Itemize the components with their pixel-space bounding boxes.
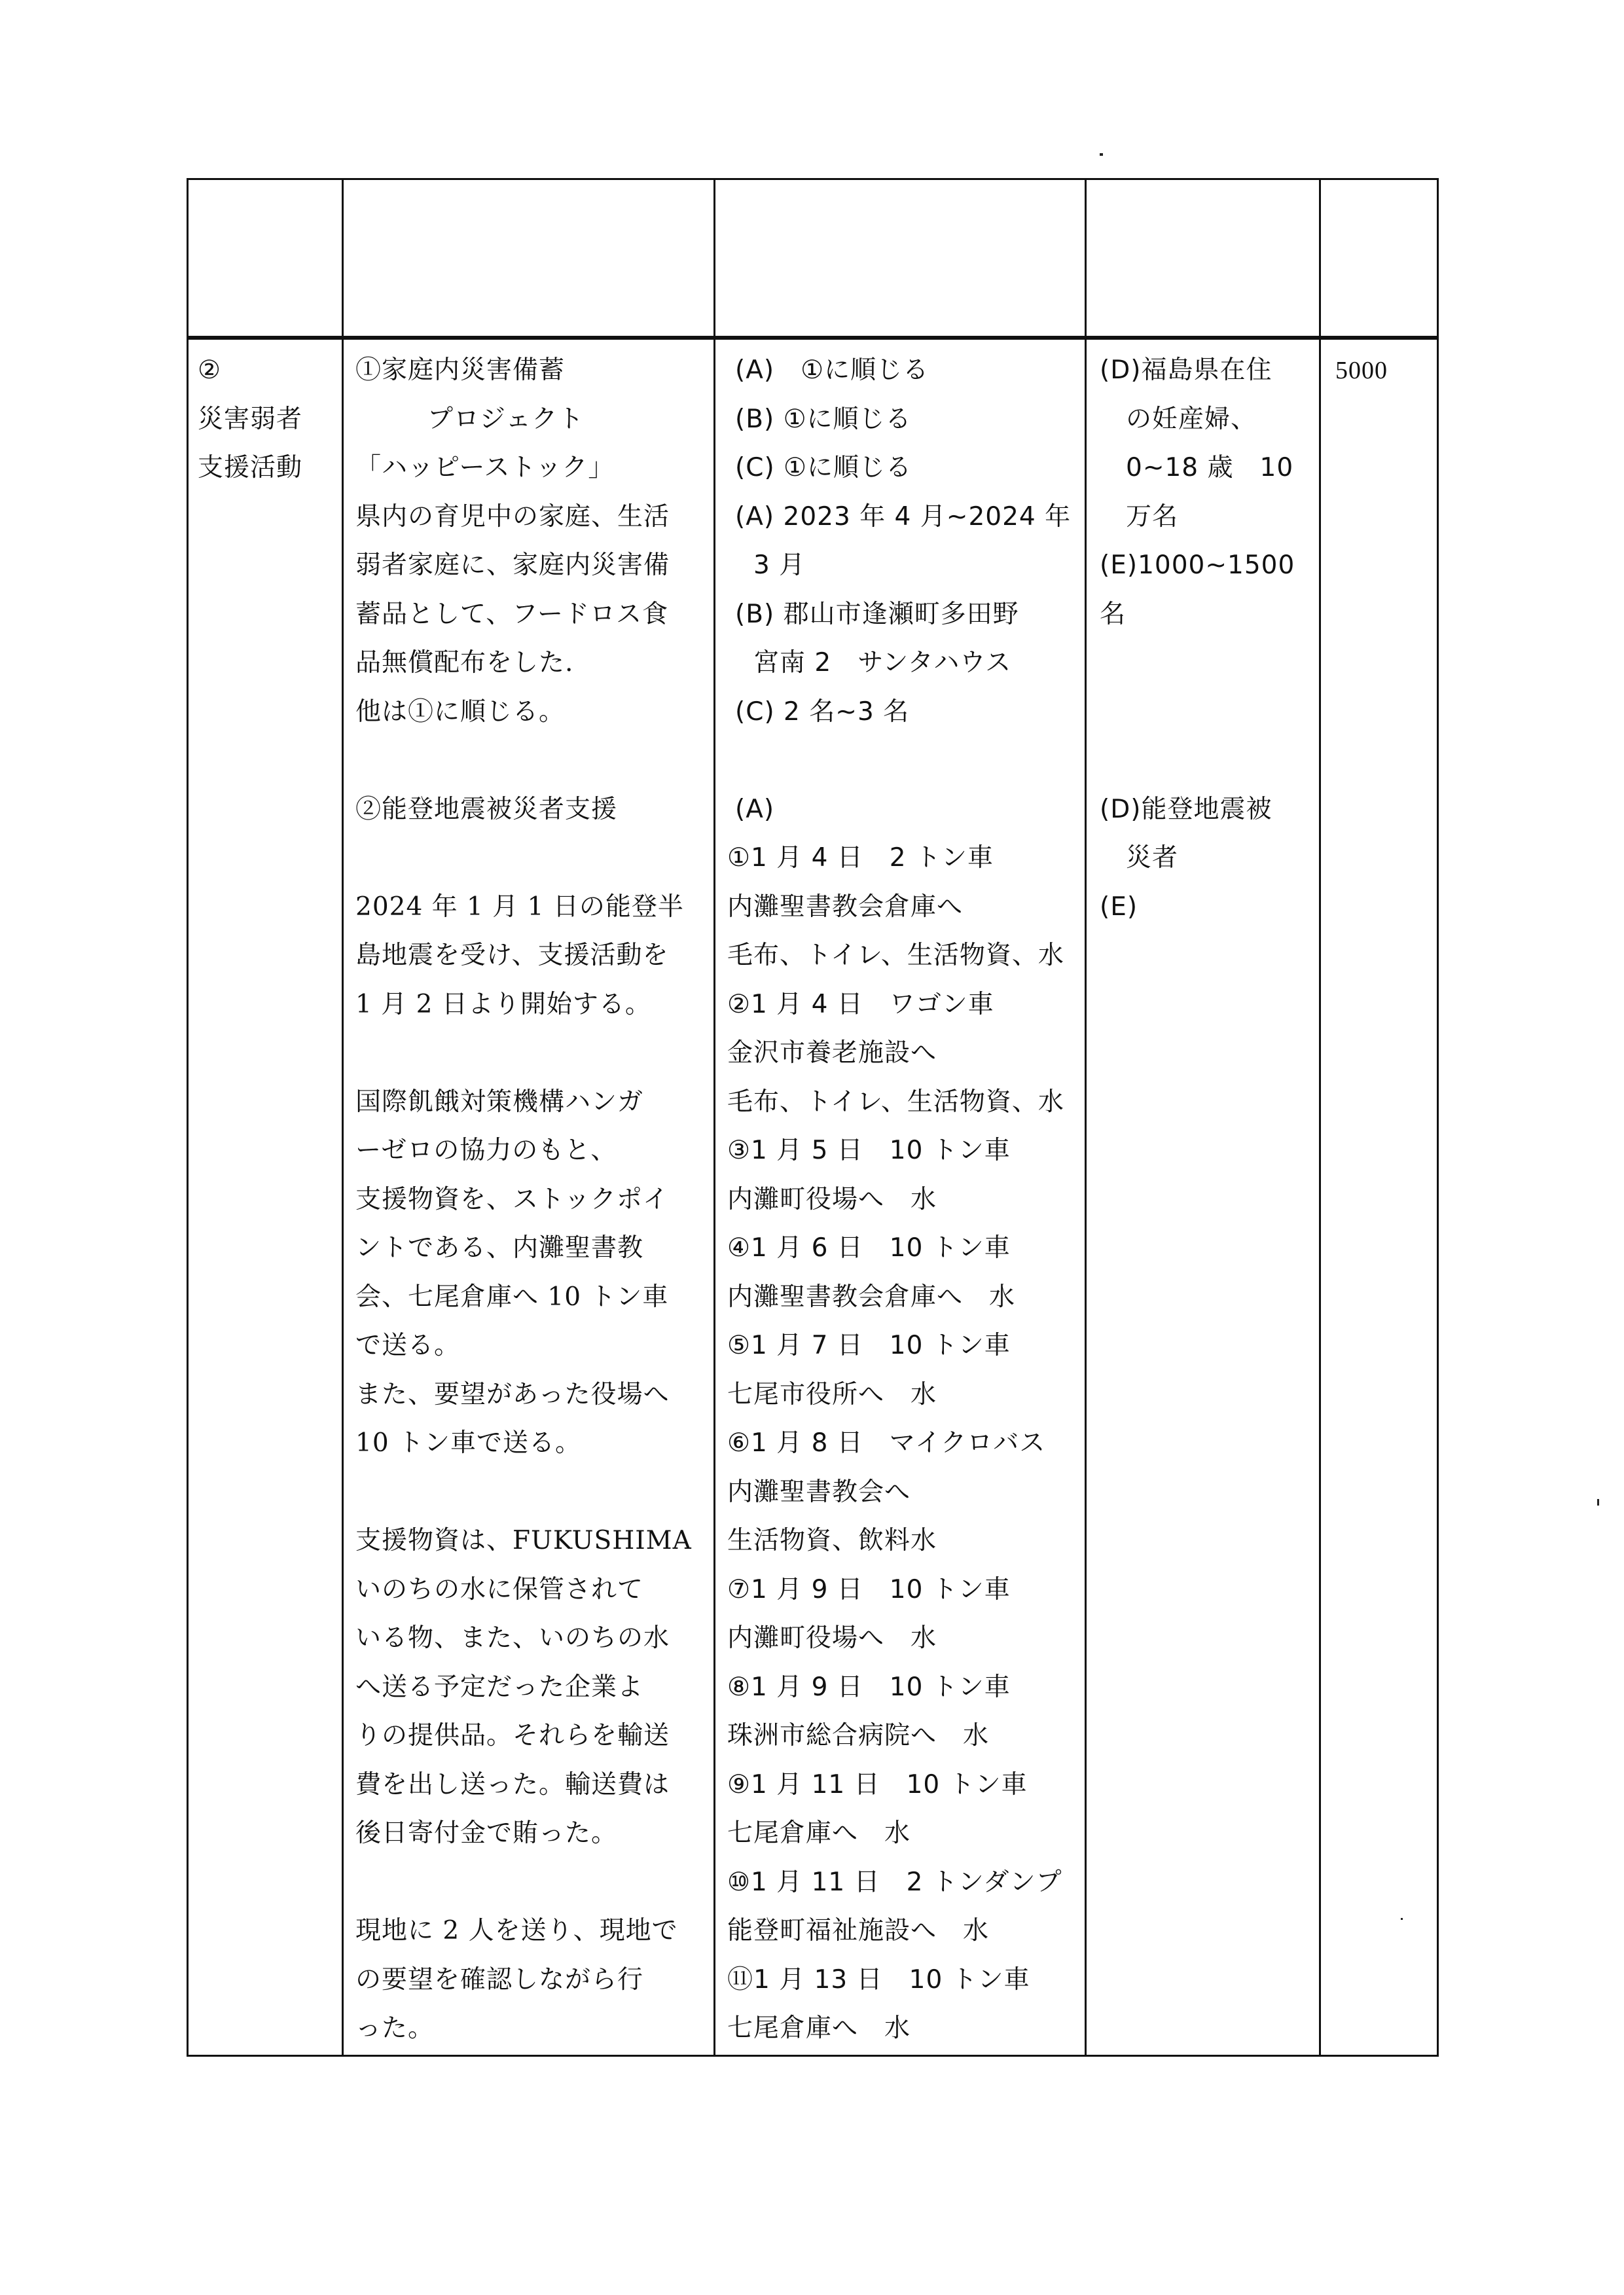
item2-para1-line: 島地震を受け、支援活動を xyxy=(355,931,713,981)
shipment-goods: 毛布、トイレ、生活物資、水 xyxy=(727,931,1085,981)
detail-line: (C) ①に順じる xyxy=(727,444,1085,493)
target-line: の妊産婦、 xyxy=(1100,395,1319,444)
detail-line: (B) 郡山市逢瀬町多田野 xyxy=(727,590,1085,640)
item2-para1-line: 2024 年 1 月 1 日の能登半 xyxy=(355,883,713,932)
shipment-date-vehicle: ②1 月 4 日 ワゴン車 xyxy=(727,981,1085,1030)
activity-description-cell: ①家庭内災害備蓄 プロジェクト 「ハッピーストック」 県内の育児中の家庭、生活 … xyxy=(343,338,715,2056)
shipment-date-vehicle: ⑨1 月 11 日 10 トン車 xyxy=(727,1761,1085,1810)
shipment-date-vehicle: ⑥1 月 8 日 マイクロバス xyxy=(727,1419,1085,1468)
item2-para3-line: 支援物資は、FUKUSHIMA xyxy=(355,1517,713,1566)
header-cell-1 xyxy=(188,179,343,338)
item2-para2-line: ーゼロの協力のもと、 xyxy=(355,1127,713,1176)
target-line: 名 xyxy=(1100,590,1319,640)
item1-title-line2: プロジェクト xyxy=(355,395,713,444)
item2-para2-line: また、要望があった役場へ xyxy=(355,1371,713,1420)
shipment-goods: 生活物資、飲料水 xyxy=(727,1517,1085,1566)
item2-label: (A) xyxy=(727,786,1085,835)
scan-speck xyxy=(1597,1499,1599,1506)
spacer xyxy=(727,736,1085,786)
item2-para2-line: で送る。 xyxy=(355,1322,713,1371)
item2-para4-line: った。 xyxy=(355,2004,713,2053)
item2-para3-line: 費を出し送った。輸送費は xyxy=(355,1761,713,1810)
item2-para3-line: いのちの水に保管されて xyxy=(355,1566,713,1615)
item2-para3-line: りの提供品。それらを輸送 xyxy=(355,1712,713,1761)
target-line: (D)福島県在住 xyxy=(1100,346,1319,395)
shipment-destination: 内灘聖書教会倉庫へ 水 xyxy=(727,1273,1085,1322)
spacer xyxy=(355,1468,713,1517)
item1-title: ①家庭内災害備蓄 xyxy=(355,346,713,395)
category-title-line: 災害弱者 xyxy=(198,395,342,444)
item1-body-line: 弱者家庭に、家庭内災害備 xyxy=(355,541,713,590)
header-cell-4 xyxy=(1086,179,1320,338)
target-line: 災者 xyxy=(1100,834,1319,883)
shipment-destination: 珠洲市総合病院へ 水 xyxy=(727,1712,1085,1761)
amount-value: 5000 xyxy=(1335,346,1437,395)
item1-body-line: 他は①に順じる。 xyxy=(355,688,713,737)
shipment-date-vehicle: ⑦1 月 9 日 10 トン車 xyxy=(727,1566,1085,1615)
shipment-date-vehicle: ⑪1 月 13 日 10 トン車 xyxy=(727,1956,1085,2005)
item1-body-line: 蓄品として、フードロス食 xyxy=(355,590,713,640)
shipment-destination: 能登町福祉施設へ 水 xyxy=(727,1907,1085,1956)
detail-line: (B) ①に順じる xyxy=(727,395,1085,444)
shipment-date-vehicle: ⑩1 月 11 日 2 トンダンプ xyxy=(727,1858,1085,1907)
shipment-destination: 金沢市養老施設へ xyxy=(727,1029,1085,1078)
item2-para4-line: 現地に 2 人を送り、現地で xyxy=(355,1907,713,1956)
header-cell-2 xyxy=(343,179,715,338)
detail-line: 宮南 2 サンタハウス xyxy=(727,639,1085,688)
shipment-destination: 内灘町役場へ 水 xyxy=(727,1614,1085,1663)
detail-line: (A) ①に順じる xyxy=(727,346,1085,395)
item2-para2-line: 10 トン車で送る。 xyxy=(355,1419,713,1468)
detail-line: 3 月 xyxy=(727,541,1085,590)
category-number: ② xyxy=(198,346,342,395)
spacer xyxy=(355,834,713,883)
target-line: (E) xyxy=(1100,883,1319,932)
item2-para2-line: 支援物資を、ストックポイ xyxy=(355,1176,713,1225)
item2-para4-line: の要望を確認しながら行 xyxy=(355,1956,713,2005)
shipment-date-vehicle: ⑧1 月 9 日 10 トン車 xyxy=(727,1663,1085,1712)
detail-line: (A) 2023 年 4 月~2024 年 xyxy=(727,493,1085,542)
header-cell-5 xyxy=(1320,179,1438,338)
spacer xyxy=(1100,639,1319,688)
scan-speck xyxy=(1401,1918,1403,1920)
targets-cell: (D)福島県在住 の妊産婦、 0~18 歳 10 万名 (E)1000~1500… xyxy=(1086,338,1320,2056)
shipment-destination: 七尾倉庫へ 水 xyxy=(727,2004,1085,2053)
item1-project-name: 「ハッピーストック」 xyxy=(355,444,713,493)
spacer xyxy=(355,1858,713,1907)
item2-para3-line: いる物、また、いのちの水 xyxy=(355,1614,713,1663)
item2-para3-line: 後日寄付金で賄った。 xyxy=(355,1809,713,1858)
header-cell-3 xyxy=(715,179,1086,338)
detail-line: (C) 2 名~3 名 xyxy=(727,688,1085,737)
shipment-goods: 毛布、トイレ、生活物資、水 xyxy=(727,1078,1085,1127)
target-line: 0~18 歳 10 xyxy=(1100,444,1319,493)
shipment-destination: 内灘町役場へ 水 xyxy=(727,1176,1085,1225)
shipment-destination: 七尾市役所へ 水 xyxy=(727,1371,1085,1420)
item2-para3-line: へ送る予定だった企業よ xyxy=(355,1663,713,1712)
shipment-date-vehicle: ④1 月 6 日 10 トン車 xyxy=(727,1224,1085,1273)
item2-para2-line: 会、七尾倉庫へ 10 トン車 xyxy=(355,1273,713,1322)
item2-para1-line: 1 月 2 日より開始する。 xyxy=(355,981,713,1030)
item1-body-line: 県内の育児中の家庭、生活 xyxy=(355,493,713,542)
spacer xyxy=(355,1029,713,1078)
shipment-destination: 内灘聖書教会倉庫へ xyxy=(727,883,1085,932)
item1-body-line: 品無償配布をした. xyxy=(355,639,713,688)
shipment-date-vehicle: ③1 月 5 日 10 トン車 xyxy=(727,1127,1085,1176)
shipment-destination: 七尾倉庫へ 水 xyxy=(727,1809,1085,1858)
shipment-destination: 内灘聖書教会へ xyxy=(727,1468,1085,1517)
table-header-row xyxy=(188,179,1438,338)
shipment-date-vehicle: ①1 月 4 日 2 トン車 xyxy=(727,834,1085,883)
details-cell: (A) ①に順じる (B) ①に順じる (C) ①に順じる (A) 2023 年… xyxy=(715,338,1086,2056)
category-title-line: 支援活動 xyxy=(198,444,342,493)
category-cell: ② 災害弱者 支援活動 xyxy=(188,338,343,2056)
spacer xyxy=(1100,736,1319,786)
target-line: 万名 xyxy=(1100,493,1319,542)
shipment-date-vehicle: ⑤1 月 7 日 10 トン車 xyxy=(727,1322,1085,1371)
item2-para2-line: ントである、内灘聖書教 xyxy=(355,1224,713,1273)
table-row: ② 災害弱者 支援活動 ①家庭内災害備蓄 プロジェクト 「ハッピーストック」 県… xyxy=(188,338,1438,2056)
scan-speck xyxy=(1100,153,1103,156)
activity-report-table: ② 災害弱者 支援活動 ①家庭内災害備蓄 プロジェクト 「ハッピーストック」 県… xyxy=(187,178,1439,2057)
spacer xyxy=(1100,688,1319,737)
target-line: (D)能登地震被 xyxy=(1100,786,1319,835)
amount-cell: 5000 xyxy=(1320,338,1438,2056)
item2-para2-line: 国際飢餓対策機構ハンガ xyxy=(355,1078,713,1127)
spacer xyxy=(355,736,713,786)
target-line: (E)1000~1500 xyxy=(1100,541,1319,590)
item2-title: ②能登地震被災者支援 xyxy=(355,786,713,835)
